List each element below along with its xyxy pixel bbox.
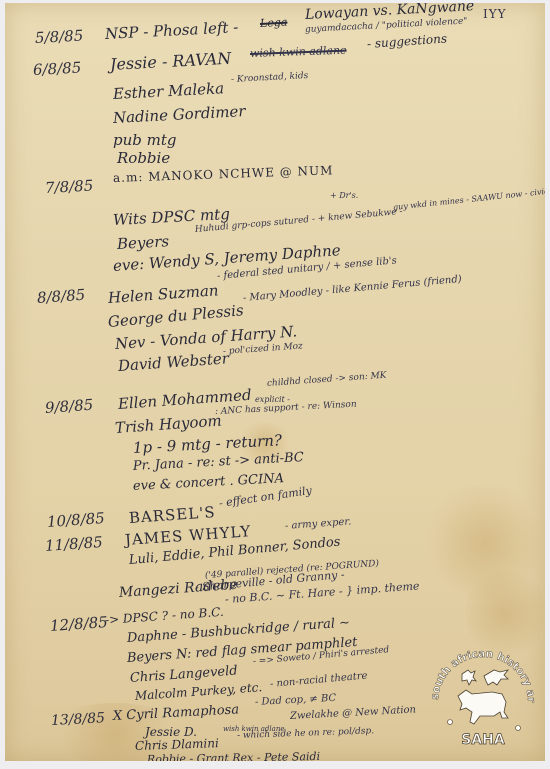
svg-text:SAHA: SAHA: [461, 732, 505, 748]
entry-date: 13/8/85: [51, 710, 106, 729]
entry-note: Zwelakhe @ New Nation: [290, 704, 417, 722]
entry-note: - Mary Moodley - like Kennie Ferus (frie…: [243, 274, 463, 304]
entry-date: 6/8/85: [33, 58, 82, 79]
saha-watermark: south african history archive SAHA: [424, 640, 542, 758]
entry-note: IYY: [483, 7, 507, 21]
entry-date: 5/8/85: [35, 26, 84, 47]
entry-note: - army exper.: [285, 516, 352, 532]
entry-note: childhd closed -> son: MK: [267, 371, 387, 389]
entry-line: Trish Hayoom: [114, 412, 222, 437]
entry-date: 9/8/85: [44, 396, 93, 417]
entry-line: BARSEL'S: [128, 503, 216, 527]
entry-line: Nadine Gordimer: [113, 102, 246, 127]
struck-text: wish kwin adlane: [250, 44, 347, 60]
entry-line: David Webster: [117, 349, 229, 375]
entry-line: pub mtg: [113, 131, 177, 149]
entry-line: NSP - Phosa left -: [105, 18, 239, 43]
entry-date: 7/8/85: [45, 176, 94, 197]
entry-line: Helen Suzman: [107, 281, 219, 307]
entry-date: 11/8/85: [44, 533, 103, 555]
struck-text: Lega: [260, 16, 288, 30]
entry-line: Beyers: [117, 232, 170, 253]
entry-date: 10/8/85: [46, 509, 105, 531]
entry-line: Jessie - RAVAN: [110, 49, 232, 74]
entry-note: guy wkd in mines - SAAWU now - civic/UDF: [393, 184, 545, 212]
entry-note: - Dad cop, ≠ BC: [255, 693, 337, 708]
rock-art-figures-icon: south african history archive SAHA: [424, 640, 542, 758]
entry-line: - suggestions: [367, 31, 448, 51]
entry-date: 8/8/85: [36, 286, 85, 307]
entry-line: Chris Dlamini: [135, 736, 219, 753]
entry-note: + Dr's.: [330, 191, 358, 200]
entry-line: -> DPSC ? - no B.C.: [105, 605, 225, 627]
entry-line: Robbie: [117, 149, 170, 167]
entry-line: Robbie - Grant Rex - Pete Saidi: [147, 750, 320, 761]
entry-note: - non-racial theatre: [270, 670, 368, 689]
entry-line: Esther Maleka: [113, 79, 225, 103]
entry-date: 12/8/85: [49, 613, 108, 635]
entry-note: - Kroonstad, kids: [231, 71, 309, 85]
